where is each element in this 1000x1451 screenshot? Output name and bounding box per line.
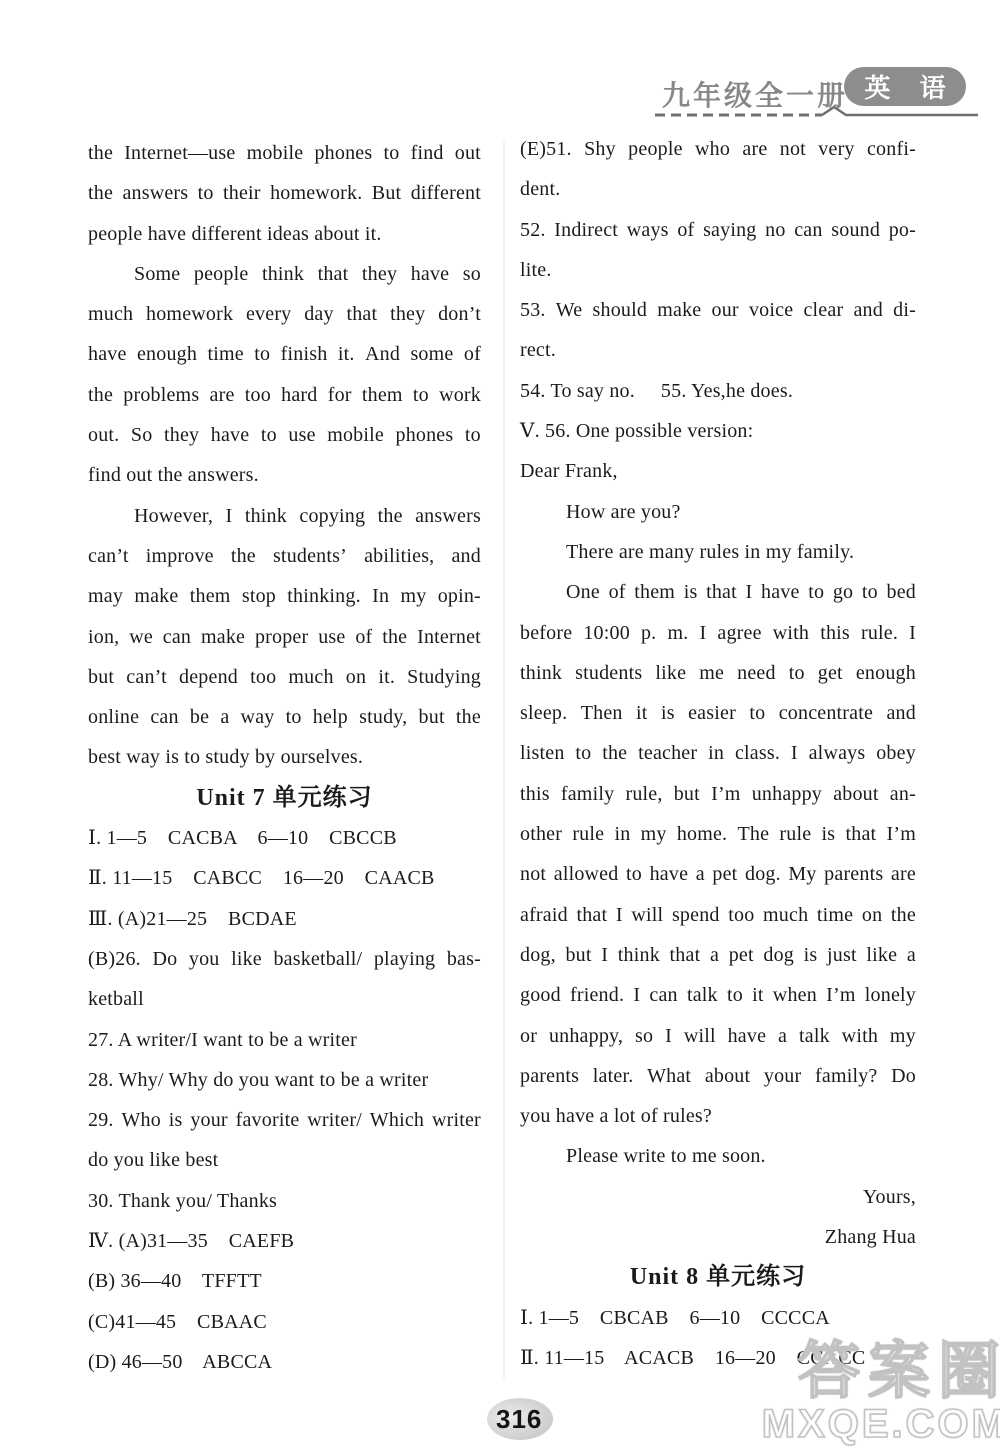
text-line: There are many rules in my family. bbox=[520, 532, 916, 572]
text-line: can’timprovethestudents’abilities,and bbox=[88, 536, 481, 576]
text-line: thinkstudentslikemeneedtogetenough bbox=[520, 653, 916, 693]
text-line: listentotheteacherinclass.Ialwaysobey bbox=[520, 733, 916, 773]
text-line: (B)26.Doyoulikebasketball/playingbas- bbox=[88, 939, 481, 979]
text-line: butcan’tdependtoomuchonit.Studying bbox=[88, 657, 481, 697]
scanned-answer-page: { "header": { "volume_label": "九年级全一册", … bbox=[0, 0, 1000, 1451]
text-line: maymakethemstopthinking.Inmyopin- bbox=[88, 576, 481, 616]
text-line: (C)41—45 CBAAC bbox=[88, 1302, 481, 1342]
text-line: Ⅰ. 1—5 CACBA 6—10 CBCCB bbox=[88, 818, 481, 858]
text-line: Ⅰ. 1—5 CBCAB 6—10 CCCCA bbox=[520, 1298, 916, 1338]
text-line: sleep.Thenitiseasiertoconcentrateand bbox=[520, 693, 916, 733]
text-line: best way is to study by ourselves. bbox=[88, 737, 481, 777]
text-line: dent. bbox=[520, 169, 916, 209]
text-line: otherruleinmyhome.TheruleisthatI’m bbox=[520, 814, 916, 854]
text-line: 27. A writer/I want to be a writer bbox=[88, 1020, 481, 1060]
text-line: Zhang Hua bbox=[520, 1217, 916, 1257]
column-left: theInternet—usemobilephonestofindoutthea… bbox=[88, 133, 481, 1382]
text-line: people have different ideas about it. bbox=[88, 214, 481, 254]
text-line: 53.Weshouldmakeourvoiceclearanddi- bbox=[520, 290, 916, 330]
text-line: haveenoughtimetofinishit.Andsomeof bbox=[88, 334, 481, 374]
page-number-badge: 316 bbox=[487, 1398, 553, 1440]
column-divider bbox=[503, 142, 505, 1378]
text-line: out.Sotheyhavetousemobilephonesto bbox=[88, 415, 481, 455]
text-line: ketball bbox=[88, 979, 481, 1019]
text-line: (D) 46—50 ABCCA bbox=[88, 1342, 481, 1382]
text-line: goodfriend.IcantalktoitwhenI’mlonely bbox=[520, 975, 916, 1015]
section-heading: Unit 7 单元练习 bbox=[88, 778, 481, 818]
text-line: onlinecanbeawaytohelpstudy,butthe bbox=[88, 697, 481, 737]
text-line: parentslater.Whataboutyourfamily?Do bbox=[520, 1056, 916, 1096]
text-line: How are you? bbox=[520, 492, 916, 532]
column-right: (E)51.Shypeoplewhoarenotveryconfi-dent.5… bbox=[520, 129, 916, 1378]
text-line: (B) 36—40 TFFTT bbox=[88, 1261, 481, 1301]
text-line: Ⅱ. 11—15 CABCC 16—20 CAACB bbox=[88, 858, 481, 898]
text-line: notallowedtohaveapetdog.Myparentsare bbox=[520, 854, 916, 894]
section-heading: Unit 8 单元练习 bbox=[520, 1257, 916, 1297]
text-line: Somepeoplethinkthattheyhaveso bbox=[88, 254, 481, 294]
text-line: dog,butIthinkthatapetdogisjustlikea bbox=[520, 935, 916, 975]
text-line: theInternet—usemobilephonestofindout bbox=[88, 133, 481, 173]
text-line: lite. bbox=[520, 250, 916, 290]
text-line: 52.Indirectwaysofsayingnocansoundpo- bbox=[520, 210, 916, 250]
text-line: you have a lot of rules? bbox=[520, 1096, 916, 1136]
text-line: 54. To say no. 55. Yes,he does. bbox=[520, 371, 916, 411]
text-line: theanswerstotheirhomework.Butdifferent bbox=[88, 173, 481, 213]
text-line: 30. Thank you/ Thanks bbox=[88, 1181, 481, 1221]
text-line: Ⅴ. 56. One possible version: bbox=[520, 411, 916, 451]
text-line: Ⅳ. (A)31—35 CAEFB bbox=[88, 1221, 481, 1261]
text-line: Please write to me soon. bbox=[520, 1136, 916, 1176]
text-line: Ⅱ. 11—15 ACACB 16—20 CCACC bbox=[520, 1338, 916, 1378]
text-line: do you like best bbox=[88, 1140, 481, 1180]
text-line: (E)51.Shypeoplewhoarenotveryconfi- bbox=[520, 129, 916, 169]
text-line: However,Ithinkcopyingtheanswers bbox=[88, 496, 481, 536]
text-line: afraidthatIwillspendtoomuchtimeonthe bbox=[520, 895, 916, 935]
header-rule bbox=[652, 105, 982, 123]
watermark-site: MXQE.COM bbox=[762, 1401, 1000, 1447]
text-line: muchhomeworkeverydaythattheydon’t bbox=[88, 294, 481, 334]
text-line: Ⅲ. (A)21—25 BCDAE bbox=[88, 899, 481, 939]
subject-badge: 英 语 bbox=[844, 67, 966, 106]
text-line: theproblemsaretoohardforthemtowork bbox=[88, 375, 481, 415]
text-line: ion,wecanmakeproperuseoftheInternet bbox=[88, 617, 481, 657]
page-number: 316 bbox=[496, 1404, 542, 1435]
text-line: 29.Whoisyourfavoritewriter/Whichwriter bbox=[88, 1100, 481, 1140]
text-line: Yours, bbox=[520, 1177, 916, 1217]
text-line: 28. Why/ Why do you want to be a writer bbox=[88, 1060, 481, 1100]
text-line: before10:00p.m.Iagreewiththisrule.I bbox=[520, 613, 916, 653]
text-line: thisfamilyrule,butI’munhappyaboutan- bbox=[520, 774, 916, 814]
text-line: find out the answers. bbox=[88, 455, 481, 495]
text-line: Dear Frank, bbox=[520, 451, 916, 491]
text-line: OneofthemisthatIhavetogotobed bbox=[520, 572, 916, 612]
text-line: rect. bbox=[520, 330, 916, 370]
text-line: orunhappy,soIwillhaveatalkwithmy bbox=[520, 1016, 916, 1056]
